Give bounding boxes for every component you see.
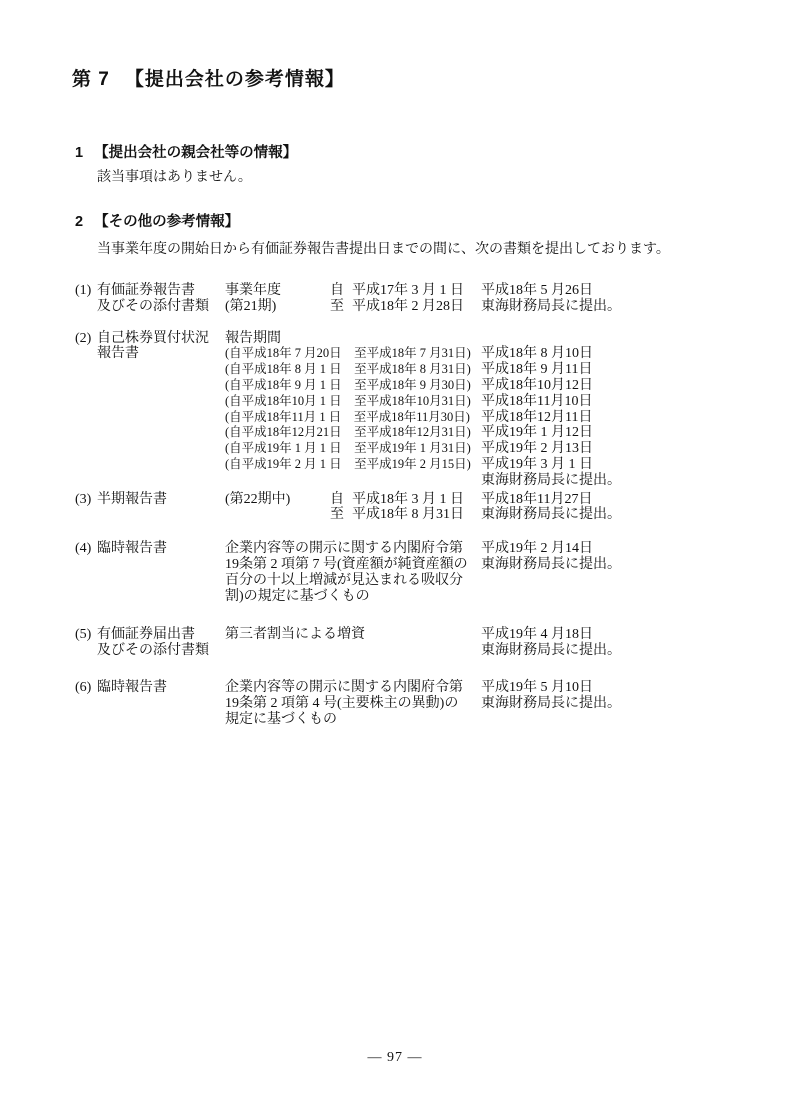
doc-number: (4) bbox=[75, 541, 97, 557]
doc-description: 第三者割当による増資 bbox=[225, 627, 481, 643]
doc-number: (5) bbox=[75, 627, 97, 643]
doc-submission: 平成19年 4 月18日 東海財務局長に提出。 bbox=[481, 627, 750, 659]
doc-description: 報告期間 (自平成18年 7 月20日 至平成18年 7 月31日) (自平成1… bbox=[225, 331, 481, 473]
doc-name-line: 及びその添付書類 bbox=[97, 299, 225, 315]
doc-submission-office: 東海財務局長に提出。 bbox=[481, 696, 750, 712]
doc-description: 企業内容等の開示に関する内閣府令第 19条第 2 項第 4 号(主要株主の異動)… bbox=[225, 680, 481, 727]
documents-list: (1) 有価証券報告書 及びその添付書類 事業年度自平成17年 3 月 1 日 … bbox=[75, 283, 750, 743]
doc-submission: 平成18年 5 月26日 東海財務局長に提出。 bbox=[481, 283, 750, 315]
doc-submission-date: 平成18年11月27日 bbox=[481, 492, 750, 508]
doc-period: 事業年度自平成17年 3 月 1 日 (第21期)至平成18年 2 月28日 bbox=[225, 283, 481, 315]
doc-submission-office: 東海財務局長に提出。 bbox=[481, 557, 750, 573]
doc-submission-date: 平成18年12月11日 bbox=[481, 410, 750, 426]
doc-name-line: 有価証券届出書 bbox=[97, 627, 225, 643]
document-row-1: (1) 有価証券報告書 及びその添付書類 事業年度自平成17年 3 月 1 日 … bbox=[75, 283, 750, 315]
doc-report-period: (自平成18年 9 月 1 日 至平成18年 9 月30日) bbox=[225, 378, 481, 394]
doc-submission-office: 東海財務局長に提出。 bbox=[481, 299, 750, 315]
doc-submission: 平成18年 8 月10日 平成18年 9 月11日 平成18年10月12日 平成… bbox=[481, 331, 750, 489]
document-row-2: (2) 自己株券買付状況 報告書 報告期間 (自平成18年 7 月20日 至平成… bbox=[75, 331, 750, 489]
doc-period-label: (第21期) bbox=[225, 299, 330, 315]
doc-period-prefix: 至 bbox=[330, 507, 352, 523]
doc-desc-line: 第三者割当による増資 bbox=[225, 627, 481, 643]
doc-report-period: (自平成18年 7 月20日 至平成18年 7 月31日) bbox=[225, 346, 481, 362]
doc-number: (2) bbox=[75, 331, 97, 347]
section-1-label: 【提出会社の親会社等の情報】 bbox=[94, 144, 297, 162]
doc-submission-date: 平成19年 2 月13日 bbox=[481, 441, 750, 457]
doc-name-line: 及びその添付書類 bbox=[97, 643, 225, 659]
doc-period-date: 平成18年 2 月28日 bbox=[352, 299, 464, 314]
doc-report-period: (自平成18年10月 1 日 至平成18年10月31日) bbox=[225, 394, 481, 410]
doc-report-period: (自平成18年11月 1 日 至平成18年11月30日) bbox=[225, 410, 481, 426]
doc-name: 有価証券届出書 及びその添付書類 bbox=[97, 627, 225, 659]
doc-number: (3) bbox=[75, 492, 97, 508]
doc-name-line: 臨時報告書 bbox=[97, 680, 225, 696]
doc-period-label: (第22期中) bbox=[225, 492, 330, 508]
doc-period-prefix: 至 bbox=[330, 299, 352, 315]
doc-submission-date: 平成19年 2 月14日 bbox=[481, 541, 750, 557]
doc-desc-line: 企業内容等の開示に関する内閣府令第 bbox=[225, 541, 481, 557]
section-1-number: 1 bbox=[75, 144, 83, 162]
doc-period-prefix: 自 bbox=[330, 283, 352, 299]
doc-submission: 平成18年11月27日 東海財務局長に提出。 bbox=[481, 492, 750, 524]
doc-report-period: (自平成18年 8 月 1 日 至平成18年 8 月31日) bbox=[225, 362, 481, 378]
doc-description: 企業内容等の開示に関する内閣府令第 19条第 2 項第 7 号(資産額が純資産額… bbox=[225, 541, 481, 604]
doc-submission-office: 東海財務局長に提出。 bbox=[481, 643, 750, 659]
page-footer: ― 97 ― bbox=[0, 1050, 790, 1066]
section-2-body: 当事業年度の開始日から有価証券報告書提出日までの間に、次の書類を提出しております… bbox=[97, 242, 670, 258]
doc-report-period: (自平成19年 2 月 1 日 至平成19年 2 月15日) bbox=[225, 457, 481, 473]
doc-name: 自己株券買付状況 報告書 bbox=[97, 331, 225, 363]
doc-name: 臨時報告書 bbox=[97, 541, 225, 557]
doc-submission-date: 平成18年10月12日 bbox=[481, 378, 750, 394]
section-1-body: 該当事項はありません。 bbox=[97, 170, 252, 186]
doc-period-row: 至平成18年 8 月31日 bbox=[225, 507, 481, 523]
document-row-5: (5) 有価証券届出書 及びその添付書類 第三者割当による増資 平成19年 4 … bbox=[75, 627, 750, 659]
doc-period-label: 事業年度 bbox=[225, 283, 330, 299]
doc-name-line: 臨時報告書 bbox=[97, 541, 225, 557]
doc-number: (1) bbox=[75, 283, 97, 299]
doc-period-row: 事業年度自平成17年 3 月 1 日 bbox=[225, 283, 481, 299]
doc-desc-line: 企業内容等の開示に関する内閣府令第 bbox=[225, 680, 481, 696]
doc-submission-date: 平成19年 3 月 1 日 bbox=[481, 457, 750, 473]
doc-desc-line: 19条第 2 項第 7 号(資産額が純資産額の bbox=[225, 557, 481, 573]
doc-submission-date: 平成18年11月10日 bbox=[481, 394, 750, 410]
doc-name-line: 報告書 bbox=[97, 346, 225, 362]
doc-submission-office: 東海財務局長に提出。 bbox=[481, 507, 750, 523]
page-title-label: 【提出会社の参考情報】 bbox=[125, 68, 345, 92]
doc-submission-date: 平成18年 5 月26日 bbox=[481, 283, 750, 299]
doc-name: 臨時報告書 bbox=[97, 680, 225, 696]
doc-report-period: (自平成18年12月21日 至平成18年12月31日) bbox=[225, 425, 481, 441]
doc-submission-date: 平成18年 8 月10日 bbox=[481, 346, 750, 362]
spacer bbox=[481, 331, 750, 347]
doc-submission-date: 平成19年 5 月10日 bbox=[481, 680, 750, 696]
doc-submission-office: 東海財務局長に提出。 bbox=[481, 473, 750, 489]
doc-period-prefix: 自 bbox=[330, 492, 352, 508]
doc-name-line: 半期報告書 bbox=[97, 492, 225, 508]
doc-desc-line: 割)の規定に基づくもの bbox=[225, 589, 481, 605]
doc-report-period: (自平成19年 1 月 1 日 至平成19年 1 月31日) bbox=[225, 441, 481, 457]
doc-submission: 平成19年 2 月14日 東海財務局長に提出。 bbox=[481, 541, 750, 573]
section-2-heading: 2 【その他の参考情報】 bbox=[75, 213, 239, 231]
section-2-number: 2 bbox=[75, 213, 83, 231]
doc-submission-date: 平成18年 9 月11日 bbox=[481, 362, 750, 378]
doc-name: 半期報告書 bbox=[97, 492, 225, 508]
document-row-3: (3) 半期報告書 (第22期中)自平成18年 3 月 1 日 至平成18年 8… bbox=[75, 492, 750, 524]
doc-submission-date: 平成19年 4 月18日 bbox=[481, 627, 750, 643]
doc-period: (第22期中)自平成18年 3 月 1 日 至平成18年 8 月31日 bbox=[225, 492, 481, 524]
page-title-number: 第 7 bbox=[72, 68, 110, 92]
doc-period-date: 平成17年 3 月 1 日 bbox=[352, 283, 464, 298]
document-row-4: (4) 臨時報告書 企業内容等の開示に関する内閣府令第 19条第 2 項第 7 … bbox=[75, 541, 750, 604]
doc-period-date: 平成18年 3 月 1 日 bbox=[352, 492, 464, 507]
doc-desc-line: 百分の十以上増減が見込まれる吸収分 bbox=[225, 573, 481, 589]
doc-submission-date: 平成19年 1 月12日 bbox=[481, 425, 750, 441]
doc-name-line: 自己株券買付状況 bbox=[97, 331, 225, 347]
document-row-6: (6) 臨時報告書 企業内容等の開示に関する内閣府令第 19条第 2 項第 4 … bbox=[75, 680, 750, 727]
doc-name-line: 有価証券報告書 bbox=[97, 283, 225, 299]
doc-period-date: 平成18年 8 月31日 bbox=[352, 507, 464, 522]
doc-period-row: (第22期中)自平成18年 3 月 1 日 bbox=[225, 492, 481, 508]
section-2-label: 【その他の参考情報】 bbox=[94, 213, 239, 231]
page-title: 第 7 【提出会社の参考情報】 bbox=[72, 68, 345, 92]
section-1-heading: 1 【提出会社の親会社等の情報】 bbox=[75, 144, 297, 162]
doc-name: 有価証券報告書 及びその添付書類 bbox=[97, 283, 225, 315]
doc-desc-header: 報告期間 bbox=[225, 331, 481, 347]
doc-number: (6) bbox=[75, 680, 97, 696]
doc-desc-line: 19条第 2 項第 4 号(主要株主の異動)の bbox=[225, 696, 481, 712]
doc-submission: 平成19年 5 月10日 東海財務局長に提出。 bbox=[481, 680, 750, 712]
document-page: 第 7 【提出会社の参考情報】 1 【提出会社の親会社等の情報】 該当事項はあり… bbox=[0, 0, 790, 1118]
doc-desc-line: 規定に基づくもの bbox=[225, 712, 481, 728]
doc-period-row: (第21期)至平成18年 2 月28日 bbox=[225, 299, 481, 315]
page-number: ― 97 ― bbox=[368, 1050, 423, 1065]
